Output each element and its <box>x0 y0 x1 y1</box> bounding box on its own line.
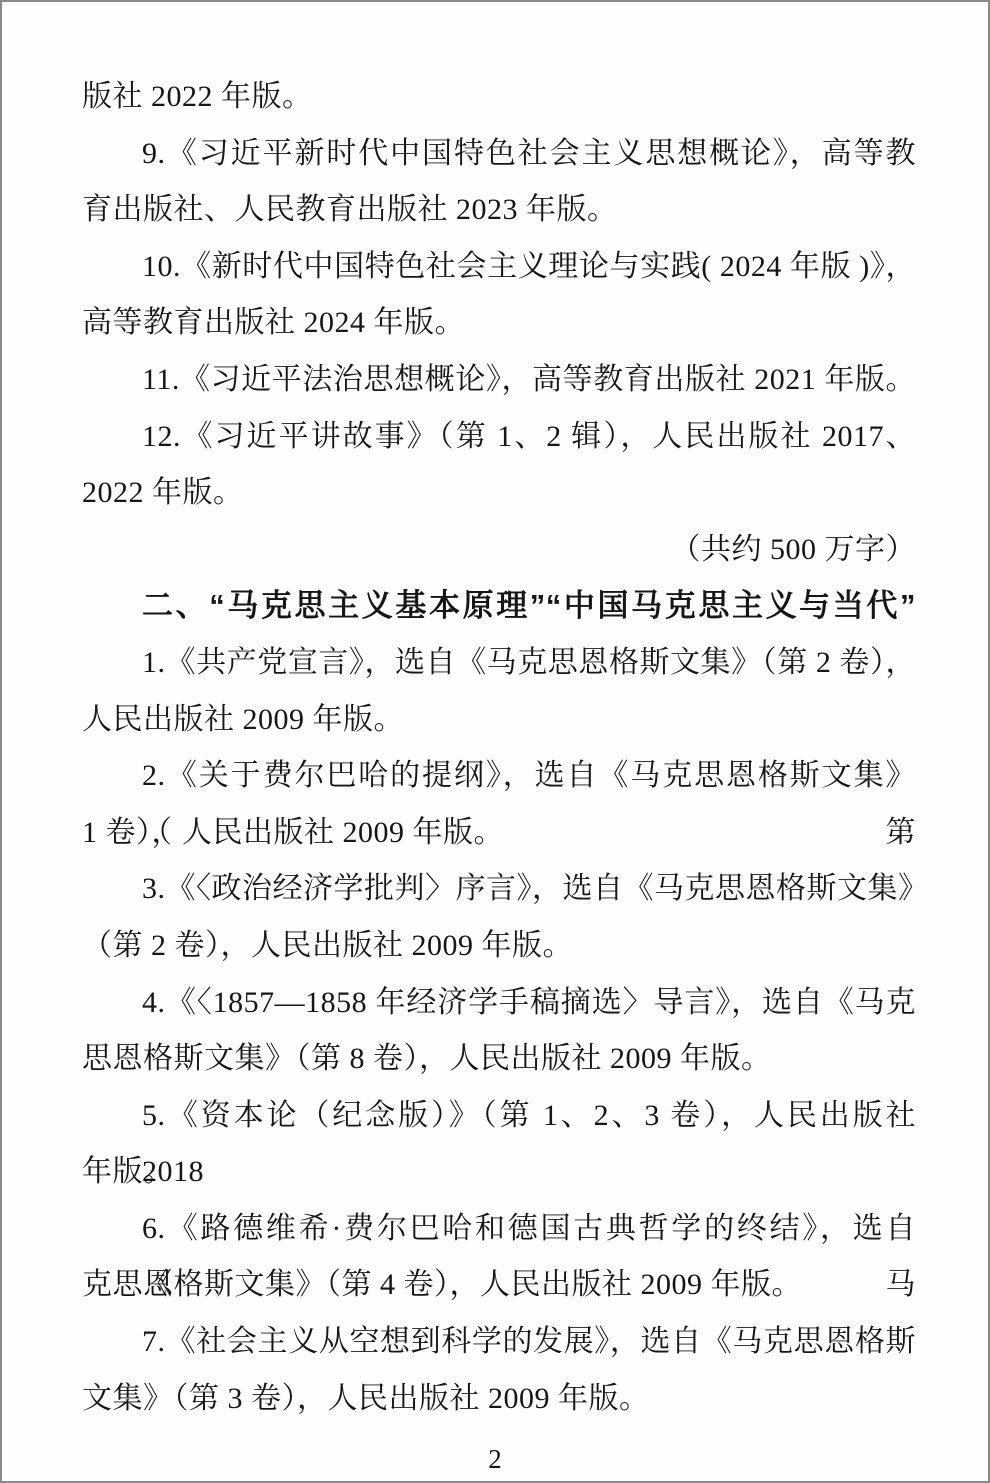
section-heading: 二、“马克思主义基本原理”“中国马克思主义与当代” <box>82 578 916 635</box>
text-line-22: 克思恩格斯文集》（第 4 卷），人民出版社 2009 年版。 <box>82 1257 916 1314</box>
text-line-5: 高等教育出版社 2024 年版。 <box>82 295 916 352</box>
text-line-15: 3.《〈政治经济学批判〉序言》，选自《马克思恩格斯文集》 <box>82 861 916 918</box>
text-line-2: 9.《习近平新时代中国特色社会主义思想概论》，高等教 <box>82 126 916 183</box>
text-line-24: 文集》（第 3 卷），人民出版社 2009 年版。 <box>82 1371 916 1428</box>
page-number: 2 <box>2 1438 988 1480</box>
text-line-12: 人民出版社 2009 年版。 <box>82 692 916 749</box>
text-line-8: 2022 年版。 <box>82 465 916 522</box>
text-line-1: 版社 2022 年版。 <box>82 69 916 126</box>
text-line-7: 12.《习近平讲故事》（第 1、2 辑），人民出版社 2017、 <box>82 409 916 466</box>
text-line-18: 思恩格斯文集》（第 8 卷），人民出版社 2009 年版。 <box>82 1031 916 1088</box>
text-line-19: 5.《资本论（纪念版）》（第 1、2、3 卷），人民出版社 2018 <box>82 1088 916 1145</box>
text-line-23: 7.《社会主义从空想到科学的发展》，选自《马克思恩格斯 <box>82 1314 916 1371</box>
text-line-17: 4.《〈1857—1858 年经济学手稿摘选〉导言》，选自《马克 <box>82 975 916 1032</box>
text-line-21: 6.《路德维希·费尔巴哈和德国古典哲学的终结》，选自《马 <box>82 1201 916 1258</box>
text-line-6: 11.《习近平法治思想概论》，高等教育出版社 2021 年版。 <box>82 352 916 409</box>
text-line-3: 育出版社、人民教育出版社 2023 年版。 <box>82 182 916 239</box>
text-line-16: （第 2 卷），人民出版社 2009 年版。 <box>82 918 916 975</box>
document-page: 版社 2022 年版。9.《习近平新时代中国特色社会主义思想概论》，高等教育出版… <box>0 0 990 1483</box>
text-block: 版社 2022 年版。9.《习近平新时代中国特色社会主义思想概论》，高等教育出版… <box>82 69 916 1427</box>
text-line-4: 10.《新时代中国特色社会主义理论与实践( 2024 年版 )》， <box>82 239 916 296</box>
text-line-11: 1.《共产党宣言》，选自《马克思恩格斯文集》（第 2 卷）， <box>82 635 916 692</box>
text-line-20: 年版。 <box>82 1144 916 1201</box>
text-line-13: 2.《关于费尔巴哈的提纲》，选自《马克思恩格斯文集》（第 <box>82 748 916 805</box>
text-line-9: （共约 500 万字） <box>82 522 916 579</box>
